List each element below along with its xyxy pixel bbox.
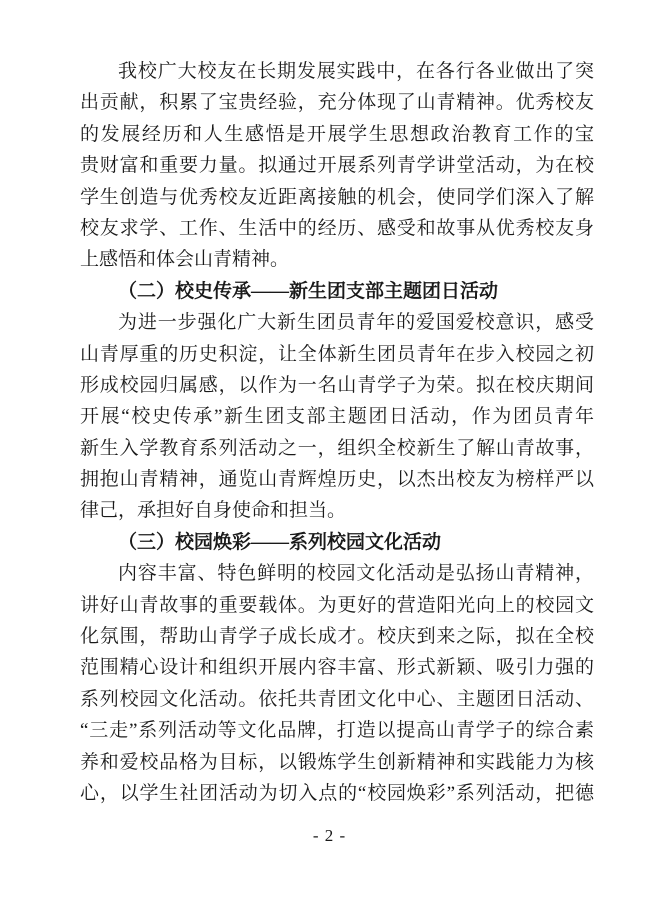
body-text-line: 化氛围，帮助山青学子成长成才。校庆到来之际，拟在全校	[80, 621, 594, 652]
document-page: 我校广大校友在长期发展实践中，在各行各业做出了突出贡献，积累了宝贵经验，充分体现…	[0, 0, 659, 904]
body-text-line: 学生创造与优秀校友近距离接触的机会，使同学们深入了解	[80, 182, 594, 213]
body-text-line: 出贡献，积累了宝贵经验，充分体现了山青精神。优秀校友	[80, 87, 594, 118]
section-heading: （二）校史传承——新生团支部主题团日活动	[80, 276, 594, 307]
body-text-line: 心，以学生社团活动为切入点的“校园焕彩”系列活动，把德	[80, 778, 594, 809]
body-text-line: 山青厚重的历史积淀，让全体新生团员青年在步入校园之初	[80, 339, 594, 370]
body-text-line: 新生入学教育系列活动之一，组织全校新生了解山青故事，	[80, 433, 594, 464]
body-text-line: 的发展经历和人生感悟是开展学生思想政治教育工作的宝	[80, 119, 594, 150]
body-text-line: 开展“校史传承”新生团支部主题团日活动，作为团员青年	[80, 401, 594, 432]
body-text-line: 校友求学、工作、生活中的经历、感受和故事从优秀校友身	[80, 213, 594, 244]
body-text-line: 为进一步强化广大新生团员青年的爱国爱校意识，感受	[80, 307, 594, 338]
page-number: - 2 -	[313, 826, 346, 845]
body-text-line: 拥抱山青精神，通览山青辉煌历史，以杰出校友为榜样严以	[80, 464, 594, 495]
body-text-line: 系列校园文化活动。依托共青团文化中心、主题团日活动、	[80, 684, 594, 715]
page-footer: - 2 -	[0, 826, 659, 846]
body-text-line: 律己，承担好自身使命和担当。	[80, 495, 594, 526]
body-text-line: 讲好山青故事的重要载体。为更好的营造阳光向上的校园文	[80, 590, 594, 621]
section-heading: （三）校园焕彩——系列校园文化活动	[80, 527, 594, 558]
body-text-line: 范围精心设计和组织开展内容丰富、形式新颖、吸引力强的	[80, 652, 594, 683]
document-body: 我校广大校友在长期发展实践中，在各行各业做出了突出贡献，积累了宝贵经验，充分体现…	[80, 56, 594, 809]
body-text-line: 内容丰富、特色鲜明的校园文化活动是弘扬山青精神，	[80, 558, 594, 589]
body-text-line: 我校广大校友在长期发展实践中，在各行各业做出了突	[80, 56, 594, 87]
body-text-line: 上感悟和体会山青精神。	[80, 244, 594, 275]
body-text-line: 养和爱校品格为目标，以锻炼学生创新精神和实践能力为核	[80, 747, 594, 778]
body-text-line: 形成校园归属感，以作为一名山青学子为荣。拟在校庆期间	[80, 370, 594, 401]
body-text-line: 贵财富和重要力量。拟通过开展系列青学讲堂活动，为在校	[80, 150, 594, 181]
body-text-line: “三走”系列活动等文化品牌，打造以提高山青学子的综合素	[80, 715, 594, 746]
